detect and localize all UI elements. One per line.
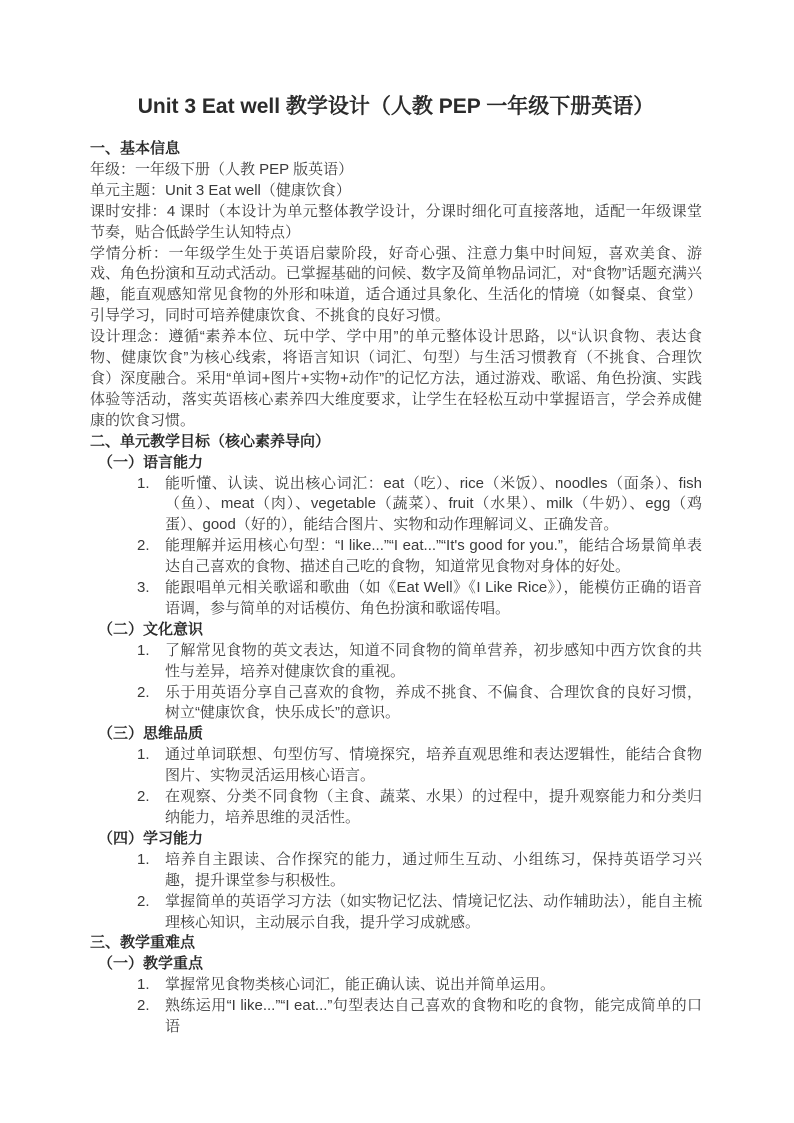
goal-item: 培养自主跟读、合作探究的能力，通过师生互动、小组练习，保持英语学习兴趣，提升课堂… (90, 850, 702, 892)
culture-awareness-list: 了解常见食物的英文表达，知道不同食物的简单营养，初步感知中西方饮食的共性与差异，… (90, 641, 702, 725)
subsection-heading-language-ability: （一）语言能力 (90, 453, 702, 474)
goal-item: 乐于用英语分享自己喜欢的食物，养成不挑食、不偏食、合理饮食的良好习惯，树立“健康… (90, 683, 702, 725)
para-unit-theme: 单元主题：Unit 3 Eat well（健康饮食） (90, 181, 702, 202)
document-title: Unit 3 Eat well 教学设计（人教 PEP 一年级下册英语） (90, 90, 702, 124)
para-learner-analysis: 学情分析：一年级学生处于英语启蒙阶段，好奇心强、注意力集中时间短，喜欢美食、游戏… (90, 244, 702, 328)
learning-ability-list: 培养自主跟读、合作探究的能力，通过师生互动、小组练习，保持英语学习兴趣，提升课堂… (90, 850, 702, 934)
para-design-concept: 设计理念：遵循“素养本位、玩中学、学中用”的单元整体设计思路，以“认识食物、表达… (90, 327, 702, 432)
focus-item: 熟练运用“I like...”“I eat...”句型表达自己喜欢的食物和吃的食… (90, 996, 702, 1038)
focus-item: 掌握常见食物类核心词汇，能正确认读、说出并简单运用。 (90, 975, 702, 996)
teaching-focus-list: 掌握常见食物类核心词汇，能正确认读、说出并简单运用。 熟练运用“I like..… (90, 975, 702, 1038)
section-heading-key-points: 三、教学重难点 (90, 933, 702, 954)
goal-item: 能跟唱单元相关歌谣和歌曲（如《Eat Well》《I Like Rice》），能… (90, 578, 702, 620)
goal-item: 能听懂、认读、说出核心词汇：eat（吃）、rice（米饭）、noodles（面条… (90, 474, 702, 537)
para-grade: 年级：一年级下册（人教 PEP 版英语） (90, 160, 702, 181)
language-ability-list: 能听懂、认读、说出核心词汇：eat（吃）、rice（米饭）、noodles（面条… (90, 474, 702, 620)
goal-item: 掌握简单的英语学习方法（如实物记忆法、情境记忆法、动作辅助法），能自主梳理核心知… (90, 892, 702, 934)
subsection-heading-teaching-focus: （一）教学重点 (90, 954, 702, 975)
subsection-heading-culture-awareness: （二）文化意识 (90, 620, 702, 641)
goal-item: 在观察、分类不同食物（主食、蔬菜、水果）的过程中，提升观察能力和分类归纳能力，培… (90, 787, 702, 829)
document-page: Unit 3 Eat well 教学设计（人教 PEP 一年级下册英语） 一、基… (0, 0, 794, 1123)
subsection-heading-thinking-quality: （三）思维品质 (90, 724, 702, 745)
goal-item: 能理解并运用核心句型：“I like...”“I eat...”“It's go… (90, 536, 702, 578)
goal-item: 了解常见食物的英文表达，知道不同食物的简单营养，初步感知中西方饮食的共性与差异，… (90, 641, 702, 683)
para-schedule: 课时安排：4 课时（本设计为单元整体教学设计，分课时细化可直接落地，适配一年级课… (90, 202, 702, 244)
section-heading-basic-info: 一、基本信息 (90, 139, 702, 160)
section-heading-unit-goals: 二、单元教学目标（核心素养导向） (90, 432, 702, 453)
goal-item: 通过单词联想、句型仿写、情境探究，培养直观思维和表达逻辑性，能结合食物图片、实物… (90, 745, 702, 787)
subsection-heading-learning-ability: （四）学习能力 (90, 829, 702, 850)
thinking-quality-list: 通过单词联想、句型仿写、情境探究，培养直观思维和表达逻辑性，能结合食物图片、实物… (90, 745, 702, 829)
